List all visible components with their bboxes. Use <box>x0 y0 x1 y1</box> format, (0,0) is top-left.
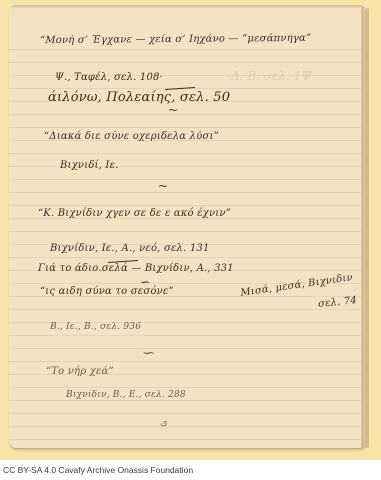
handwritten-line-reference: Βιχνιδί, Ιε. <box>60 160 119 171</box>
handwritten-line-quote: “Διακά διε σύνε οχεριδελα λύσι” <box>44 131 219 142</box>
ruled-line <box>9 309 361 310</box>
handwritten-line-reference: Ψ., Ταφέλ, σελ. 108· <box>55 72 163 83</box>
scanned-page-image: Δ. Β. σελ. 1Ψ “Μονή σ’ Έγχανε — χεία σ’ … <box>0 0 381 460</box>
ruled-line <box>9 127 361 128</box>
handwritten-line-reference: Βιχνίδιν, Ιε., Α., νεό, σελ. 131 <box>50 243 210 254</box>
ruled-line <box>9 231 361 232</box>
handwritten-line-quote: “Κ. Βιχνίδιν χγεν σε δε ε ακό έχνιν” <box>38 208 231 219</box>
separator-flourish: ~ <box>168 104 178 116</box>
separator-flourish: ~ <box>158 180 168 192</box>
handwritten-line-quote: “ις αιδη σύνα το σεσόνε” <box>40 286 174 297</box>
ruled-line <box>9 400 361 401</box>
bleed-through-text: Δ. Β. σελ. 1Ψ <box>231 69 312 83</box>
ruled-line <box>9 387 361 388</box>
page-top-edge <box>9 5 366 8</box>
ruled-line <box>9 361 361 362</box>
ruled-line <box>9 153 361 154</box>
separator-flourish: ∽ <box>142 345 155 361</box>
ruled-line <box>9 62 361 63</box>
handwritten-line-quote: “Το νήρ χεά” <box>46 366 114 377</box>
ruled-line <box>9 192 361 193</box>
license-caption: CC BY-SA 4.0 Cavafy Archive Onassis Foun… <box>0 460 381 480</box>
ruled-line <box>9 335 361 336</box>
ruled-line <box>9 413 361 414</box>
handwritten-line-reference: Βιχνίδιν, Β., Ε., σελ. 288 <box>66 390 186 400</box>
handwritten-line-reference: Γιά το άδιο.σελά — Βιχνίδιν, Α., 331 <box>38 263 234 274</box>
ruled-line <box>9 439 361 440</box>
separator-flourish: ى <box>160 418 168 428</box>
ruled-line <box>9 114 361 115</box>
ruled-line <box>9 348 361 349</box>
ruled-line <box>9 179 361 180</box>
ruled-line <box>9 205 361 206</box>
ruled-line <box>9 426 361 427</box>
ruled-line <box>9 257 361 258</box>
page-stack-edge <box>366 8 369 448</box>
handwritten-line-reference: άιλόνω, Πολεαίης, σελ. 50 <box>48 90 230 105</box>
ruled-line <box>9 49 361 50</box>
handwritten-line-reference: Β., Ιε., Β., σελ. 936 <box>50 322 141 332</box>
